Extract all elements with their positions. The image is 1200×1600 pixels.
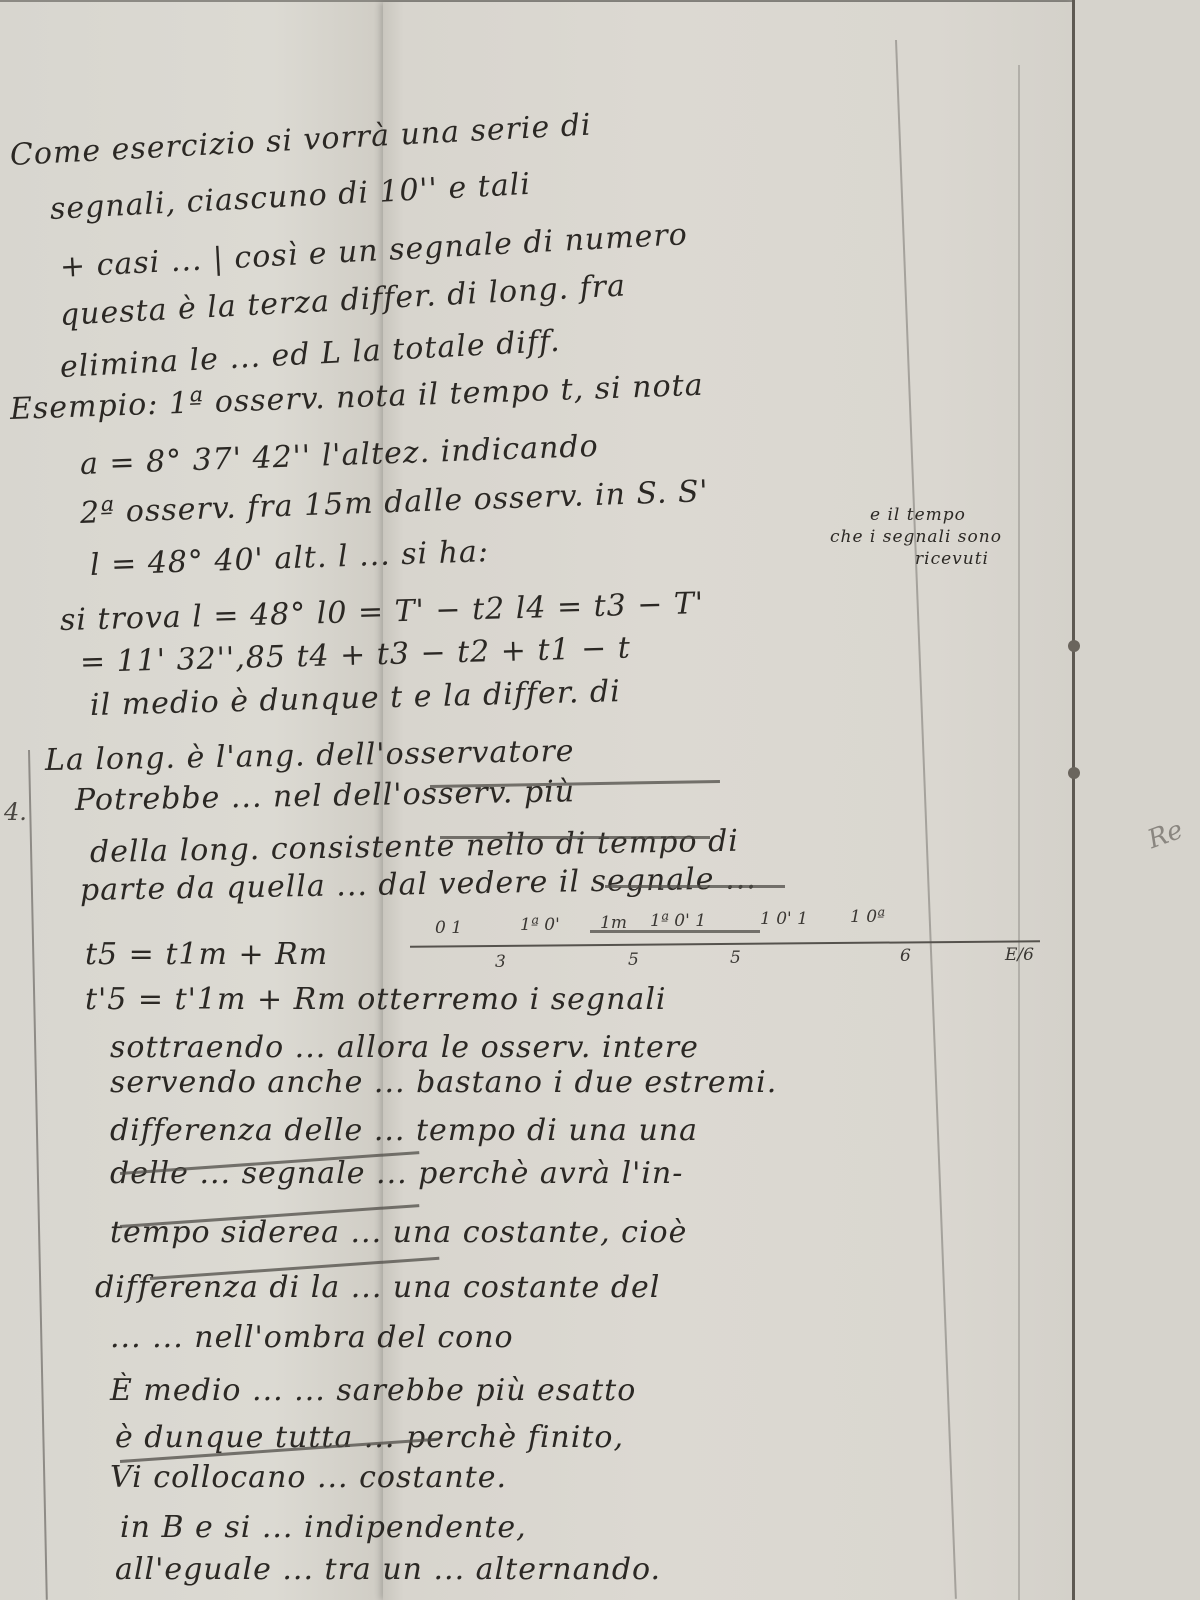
timeline-label: 6	[900, 946, 911, 966]
manuscript-photo: 4. Re Come esercizio si vorrà una serie …	[0, 0, 1200, 1600]
text-line: all'eguale ... tra un ... alternando.	[115, 1552, 661, 1587]
side-note-line: che i segnali sono	[830, 527, 1002, 547]
text-line: È medio ... ... sarebbe più esatto	[110, 1373, 636, 1408]
timeline-label: 1m	[600, 913, 627, 933]
timeline-label: 1ª 0' 1	[650, 911, 706, 931]
text-line: a = 8° 37' 42'' l'altez. indicando	[79, 429, 599, 482]
text-line: in B e si ... indipendente,	[120, 1510, 527, 1545]
text-line: Vi collocano ... costante.	[110, 1460, 507, 1495]
side-note-line: ricevuti	[915, 549, 989, 569]
text-line: 2ª osserv. fra 15m dalle osserv. in S. S…	[79, 474, 709, 531]
text-line: La long. è l'ang. dell'osservatore	[45, 734, 575, 778]
text-line: segnali, ciascuno di 10'' e tali	[49, 167, 532, 227]
text-line: differenza delle ... tempo di una una	[110, 1113, 698, 1148]
text-line: sottraendo ... allora le osserv. intere	[110, 1030, 699, 1065]
underline	[440, 836, 710, 839]
text-line: ... ... nell'ombra del cono	[110, 1320, 514, 1355]
timeline-label: 1 0ª	[850, 907, 885, 927]
text-line: delle ... segnale ... perchè avrà l'in-	[110, 1156, 683, 1191]
handwritten-text: Come esercizio si vorrà una serie di seg…	[0, 0, 1200, 1600]
timeline-label: 0 1	[435, 918, 462, 938]
timeline-label: 5	[730, 948, 741, 968]
text-line: servendo anche ... bastano i due estremi…	[110, 1065, 777, 1100]
text-line: t'5 = t'1m + Rm otterremo i segnali	[85, 982, 667, 1017]
text-line: = 11' 32'',85 t4 + t3 − t2 + t1 − t	[80, 631, 632, 680]
text-line: Come esercizio si vorrà una serie di	[9, 108, 592, 173]
text-line: l = 48° 40' alt. l ... si ha:	[89, 534, 489, 583]
timeline-label: 1 0' 1	[760, 909, 808, 929]
side-note-line: e il tempo	[870, 505, 966, 525]
text-line: è dunque tutta ... perchè finito,	[115, 1420, 624, 1455]
timeline-label: 5	[628, 950, 639, 970]
timeline-label: 1ª 0'	[520, 915, 560, 935]
text-line: il medio è dunque t e la differ. di	[90, 674, 622, 723]
timeline-label: E/6	[1005, 945, 1034, 965]
text-line: t5 = t1m + Rm	[85, 937, 328, 972]
timeline-label: 3	[495, 952, 506, 972]
text-line: Potrebbe ... nel dell'osserv. più	[75, 774, 576, 818]
underline	[605, 885, 785, 888]
